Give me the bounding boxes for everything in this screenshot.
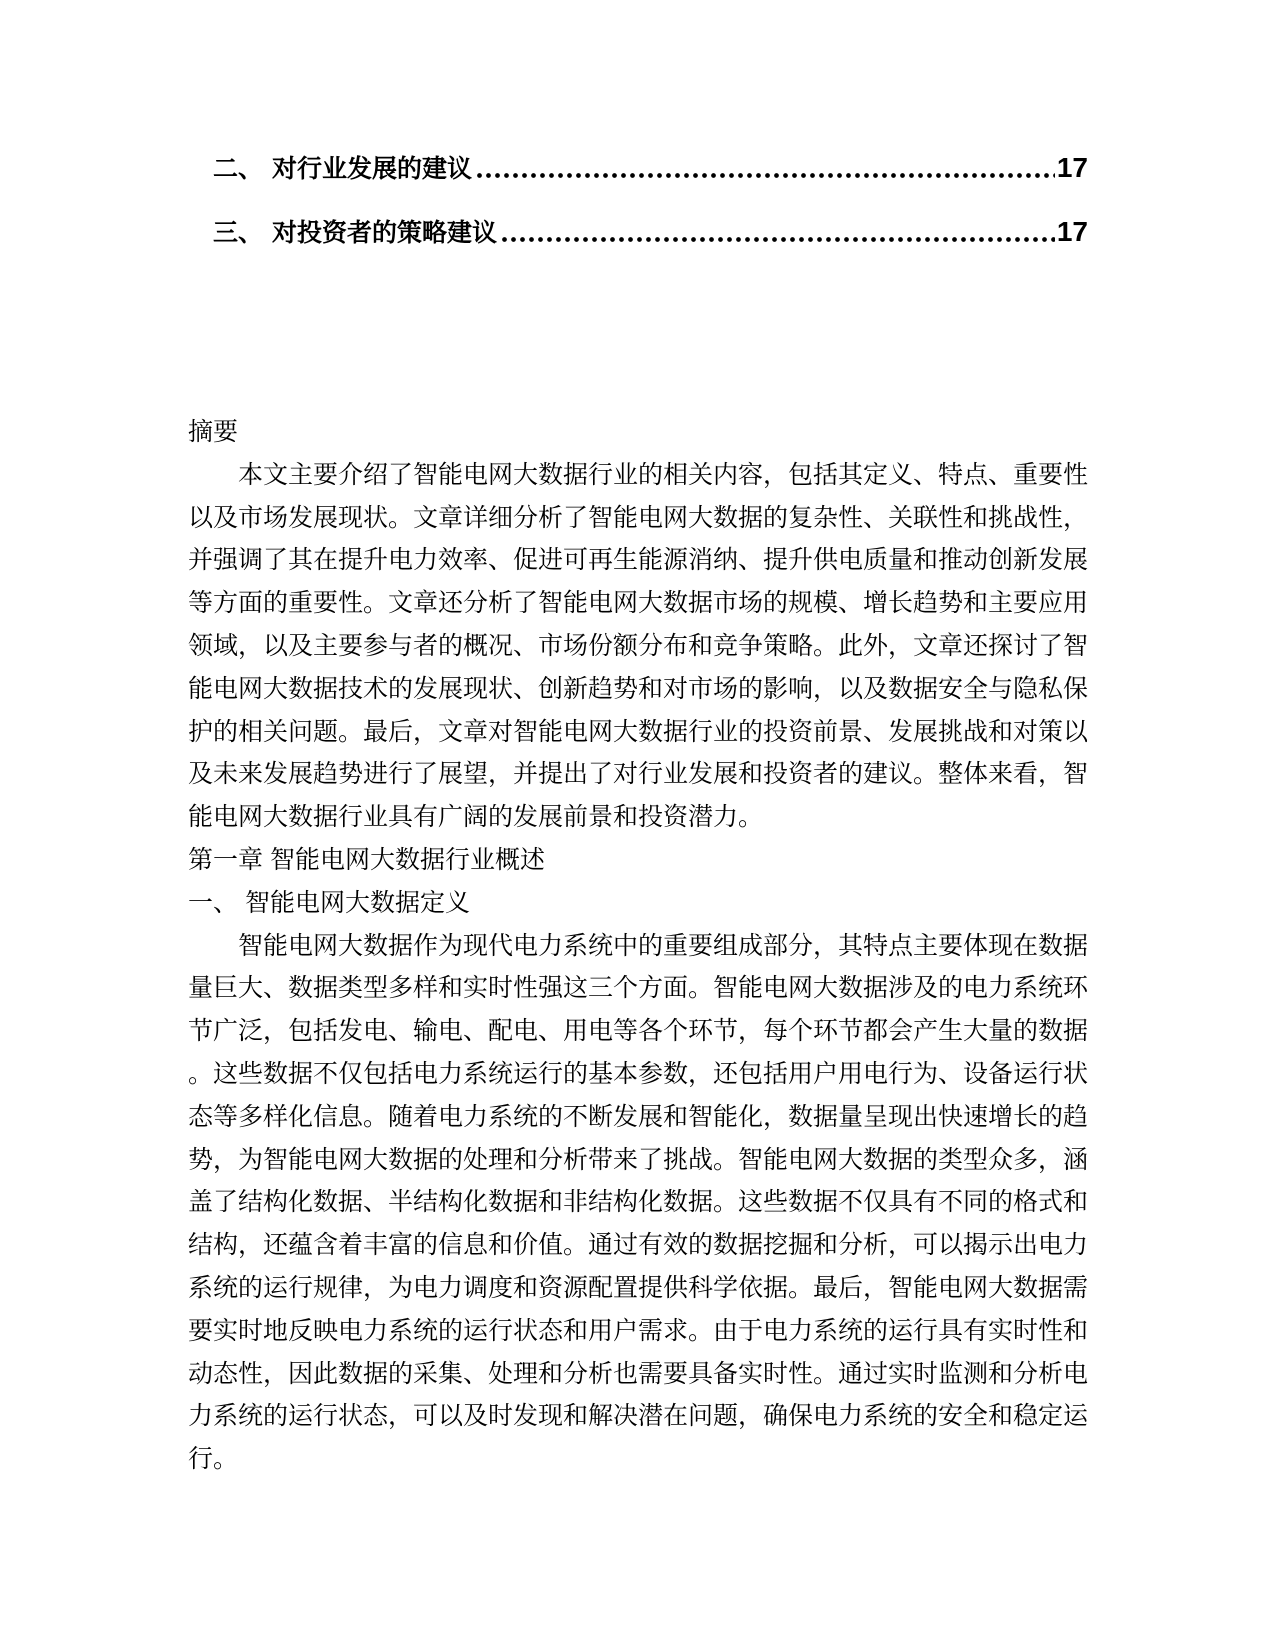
paragraph-line: 。这些数据不仅包括电力系统运行的基本参数，还包括用户用电行为、设备运行状 [188,1053,1088,1096]
toc-entry-title: 对投资者的策略建议 [272,220,497,246]
paragraph-line: 系统的运行规律，为电力调度和资源配置提供科学依据。最后，智能电网大数据需 [188,1267,1088,1310]
paragraph-line: 力系统的运行状态，可以及时发现和解决潜在问题，确保电力系统的安全和稳定运 [188,1395,1088,1438]
section-title: 智能电网大数据定义 [245,889,470,917]
chapter-heading: 第一章 智能电网大数据行业概述 [188,839,1088,882]
paragraph-line: 并强调了其在提升电力效率、促进可再生能源消纳、提升供电质量和推动创新发展 [188,539,1088,582]
paragraph-line: 等方面的重要性。文章还分析了智能电网大数据市场的规模、增长趋势和主要应用 [188,582,1088,625]
toc-entry-title: 对行业发展的建议 [272,156,472,182]
paragraph-line: 智能电网大数据作为现代电力系统中的重要组成部分，其特点主要体现在数据 [188,925,1088,968]
paragraph-line: 动态性，因此数据的采集、处理和分析也需要具备实时性。通过实时监测和分析电 [188,1353,1088,1396]
paragraph-line: 势，为智能电网大数据的处理和分析带来了挑战。智能电网大数据的类型众多，涵 [188,1139,1088,1182]
paragraph-line: 能电网大数据技术的发展现状、创新趋势和对市场的影响，以及数据安全与隐私保 [188,668,1088,711]
abstract-heading: 摘要 [188,411,1088,454]
paragraph-line: 本文主要介绍了智能电网大数据行业的相关内容，包括其定义、特点、重要性 [188,454,1088,497]
paragraph-line: 量巨大、数据类型多样和实时性强这三个方面。智能电网大数据涉及的电力系统环 [188,967,1088,1010]
toc-dot-leader [502,237,1055,243]
toc-dot-leader [477,173,1055,179]
paragraph-line: 护的相关问题。最后，文章对智能电网大数据行业的投资前景、发展挑战和对策以 [188,711,1088,754]
toc-entry-number: 二、 [213,156,272,182]
toc-entry[interactable]: 二、 对行业发展的建议 17 [213,155,1088,182]
paragraph-line: 及未来发展趋势进行了展望，并提出了对行业发展和投资者的建议。整体来看，智 [188,753,1088,796]
paragraph-line: 态等多样化信息。随着电力系统的不断发展和智能化，数据量呈现出快速增长的趋 [188,1096,1088,1139]
table-of-contents: 二、 对行业发展的建议 17 三、 对投资者的策略建议 17 [213,155,1088,283]
paragraph-line: 节广泛，包括发电、输电、配电、用电等各个环节，每个环节都会产生大量的数据 [188,1010,1088,1053]
toc-entry-number: 三、 [213,220,272,246]
document-page: 二、 对行业发展的建议 17 三、 对投资者的策略建议 17 摘要 本文主要介绍… [0,0,1275,1650]
section-number: 一、 [188,889,238,917]
abstract-paragraph: 本文主要介绍了智能电网大数据行业的相关内容，包括其定义、特点、重要性 以及市场发… [188,454,1088,839]
definition-paragraph: 智能电网大数据作为现代电力系统中的重要组成部分，其特点主要体现在数据 量巨大、数… [188,925,1088,1481]
toc-entry[interactable]: 三、 对投资者的策略建议 17 [213,219,1088,246]
document-body: 摘要 本文主要介绍了智能电网大数据行业的相关内容，包括其定义、特点、重要性 以及… [188,411,1088,1481]
paragraph-line: 能电网大数据行业具有广阔的发展前景和投资潜力。 [188,796,1088,839]
paragraph-line: 盖了结构化数据、半结构化数据和非结构化数据。这些数据不仅具有不同的格式和 [188,1181,1088,1224]
paragraph-line: 行。 [188,1438,1088,1481]
toc-page-number: 17 [1057,155,1088,181]
paragraph-line: 要实时地反映电力系统的运行状态和用户需求。由于电力系统的运行具有实时性和 [188,1310,1088,1353]
section-heading: 一、智能电网大数据定义 [188,882,1088,925]
paragraph-line: 以及市场发展现状。文章详细分析了智能电网大数据的复杂性、关联性和挑战性， [188,497,1088,540]
toc-page-number: 17 [1057,219,1088,245]
paragraph-line: 结构，还蕴含着丰富的信息和价值。通过有效的数据挖掘和分析，可以揭示出电力 [188,1224,1088,1267]
paragraph-line: 领域，以及主要参与者的概况、市场份额分布和竞争策略。此外，文章还探讨了智 [188,625,1088,668]
